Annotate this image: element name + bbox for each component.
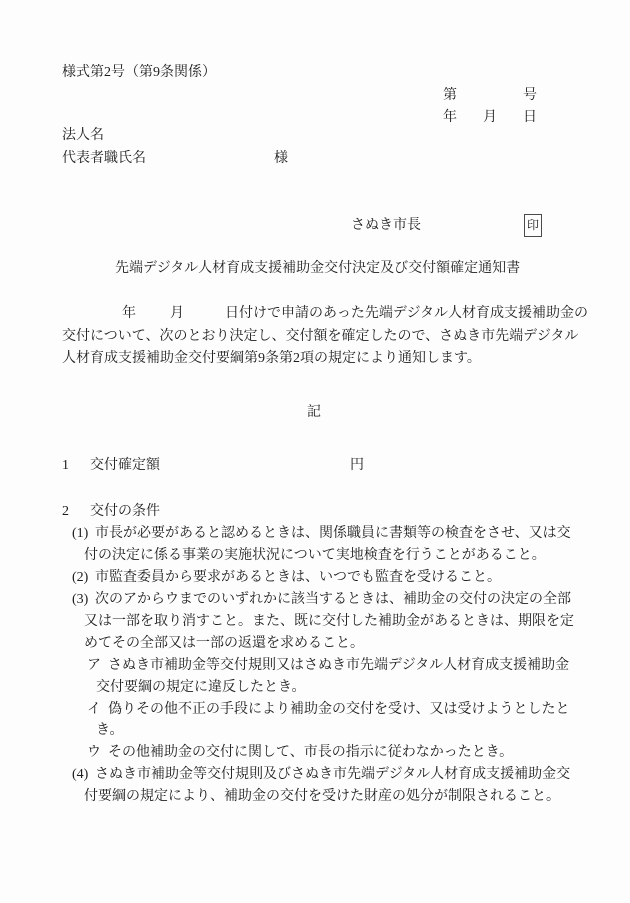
condition-3-text: 次のアからウまでのいずれかに該当するときは、補助金の交付の決定の全部 [95, 592, 571, 607]
doc-number-prefix: 第 [443, 88, 457, 104]
subitem-a-line-1: アさぬき市補助金等交付規則又はさぬき市先端デジタル人材育成支援補助金 [87, 658, 569, 674]
item-2-label: 交付の条件 [90, 504, 160, 519]
item-1-number: 1 [62, 458, 90, 474]
honorific-sama: 様 [274, 151, 288, 167]
subitem-a-marker: ア [87, 658, 108, 674]
subitem-u-line-1: ウその他補助金の交付に関して、市長の指示に従わなかったとき。 [87, 745, 513, 761]
corporate-name-label: 法人名 [62, 128, 104, 144]
opening-month-label: 月 [170, 306, 184, 321]
ki-marker: 記 [307, 405, 321, 421]
condition-4-line-1: (4)さぬき市補助金等交付規則及びさぬき市先端デジタル人材育成支援補助金交 [72, 767, 570, 783]
opening-line-1: 年月日付けで申請のあった先端デジタル人材育成支援補助金の [122, 306, 588, 322]
date-day-label: 日 [523, 110, 537, 126]
subitem-i-text: 偽りその他不正の手段により補助金の交付を受け、又は受けようとしたと [108, 702, 569, 717]
year-blank-space [136, 316, 170, 317]
subitem-i-line-2: き。 [96, 723, 123, 739]
subitem-i-marker: イ [87, 702, 108, 718]
representative-name-label: 代表者職氏名 [62, 151, 146, 167]
item-1-row: 1交付確定額 [62, 458, 160, 474]
notification-document: 様式第2号（第9条関係） 第 号 年 月 日 法人名 代表者職氏名 様 さぬき市… [0, 0, 630, 903]
condition-1-line-2: 付の決定に係る事業の実施状況について実地検査を行うことがあること。 [84, 548, 546, 564]
opening-line-1-text: 日付けで申請のあった先端デジタル人材育成支援補助金の [225, 306, 588, 321]
condition-1-text: 市長が必要があると認めるときは、関係職員に書類等の検査をさせ、又は交 [95, 526, 571, 541]
document-title: 先端デジタル人材育成支援補助金交付決定及び交付額確定通知書 [115, 261, 520, 277]
condition-2-text: 市監査委員から要求があるときは、いつでも監査を受けること。 [95, 570, 501, 585]
item-2-number: 2 [62, 504, 90, 520]
item-2-row: 2交付の条件 [62, 504, 160, 520]
subitem-a-text: さぬき市補助金等交付規則又はさぬき市先端デジタル人材育成支援補助金 [108, 658, 569, 673]
doc-number-suffix: 号 [523, 88, 537, 104]
seal-stamp-box: 印 [524, 214, 542, 237]
opening-line-3: 人材育成支援補助金交付要綱第9条第2項の規定により通知します。 [62, 351, 481, 367]
condition-2-marker: (2) [72, 570, 95, 586]
condition-3-line-3: めてその全部又は一部の返還を求めること。 [84, 636, 364, 652]
condition-4-text: さぬき市補助金等交付規則及びさぬき市先端デジタル人材育成支援補助金交 [95, 767, 570, 782]
subitem-u-marker: ウ [87, 745, 108, 761]
subitem-i-line-1: イ偽りその他不正の手段により補助金の交付を受け、又は受けようとしたと [87, 702, 569, 718]
condition-4-line-2: 付要綱の規定により、補助金の交付を受けた財産の処分が制限されること。 [84, 789, 560, 805]
month-blank-space [184, 316, 225, 317]
condition-3-line-1: (3)次のアからウまでのいずれかに該当するときは、補助金の交付の決定の全部 [72, 592, 571, 608]
condition-4-marker: (4) [72, 767, 95, 783]
opening-year-label: 年 [122, 306, 136, 321]
date-year-label: 年 [443, 110, 457, 126]
opening-line-2: 交付について、次のとおり決定し、交付額を確定したので、さぬき市先端デジタル [62, 329, 578, 345]
date-month-label: 月 [483, 110, 497, 126]
condition-3-line-2: 又は一部を取り消すこと。また、既に交付した補助金があるときは、期限を定 [84, 614, 574, 630]
subitem-u-text: その他補助金の交付に関して、市長の指示に従わなかったとき。 [108, 745, 513, 760]
condition-3-marker: (3) [72, 592, 95, 608]
condition-1-marker: (1) [72, 526, 95, 542]
condition-2-line-1: (2)市監査委員から要求があるときは、いつでも監査を受けること。 [72, 570, 501, 586]
item-1-unit-yen: 円 [350, 458, 364, 474]
condition-1-line-1: (1)市長が必要があると認めるときは、関係職員に書類等の検査をさせ、又は交 [72, 526, 571, 542]
sender-mayor-name: さぬき市長 [351, 218, 421, 234]
form-number-label: 様式第2号（第9条関係） [62, 65, 216, 81]
item-1-label: 交付確定額 [90, 458, 160, 473]
subitem-a-line-2: 交付要綱の規定に違反したとき。 [96, 680, 305, 696]
